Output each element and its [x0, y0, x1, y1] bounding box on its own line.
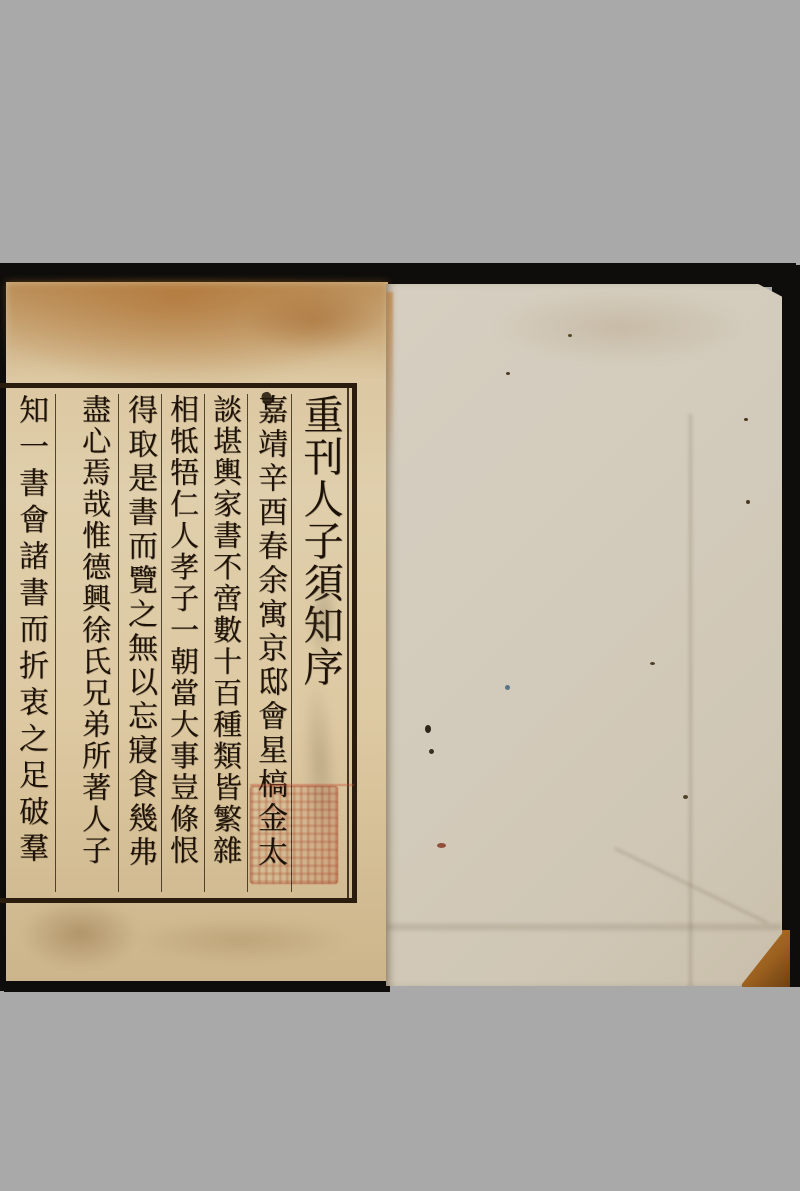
stain	[496, 292, 746, 362]
stain	[6, 282, 388, 390]
paper-speck	[505, 685, 510, 690]
paper-speck	[506, 372, 510, 375]
paper-crease	[386, 924, 782, 930]
text-column: 盡心焉哉惟德興徐氏兄弟所著人子須	[71, 394, 119, 892]
stain	[20, 898, 140, 970]
paper-speck	[568, 334, 572, 337]
paper-crease	[614, 847, 768, 924]
left-page: 重刊人子須知序 嘉靖辛酉春余寓京邸會星槁金太史 談堪輿家書不啻數十百種類皆繁雜互…	[6, 282, 388, 981]
paper-speck	[429, 749, 434, 754]
text-column: 相牴牾仁人孝子一朝當大事豈條恨之	[161, 394, 205, 892]
stain	[246, 288, 386, 354]
paper-speck	[437, 843, 446, 848]
paper-crease	[689, 414, 692, 1054]
right-page-blank	[386, 284, 782, 986]
spine-edge	[386, 292, 393, 462]
stain	[136, 918, 346, 962]
text-column: 談堪輿家書不啻數十百種類皆繁雜互	[204, 394, 248, 892]
paper-speck	[746, 500, 750, 504]
paper-speck	[683, 795, 688, 799]
paper-speck	[650, 662, 655, 665]
text-column: 得取是書而覽之無以忘寢食幾弗克	[118, 394, 162, 892]
text-column: 知一書會諸書而折衷之足破羣疑	[5, 394, 56, 892]
book-scan: 重刊人子須知序 嘉靖辛酉春余寓京邸會星槁金太史 談堪輿家書不啻數十百種類皆繁雜互…	[0, 0, 800, 1191]
paper-speck	[744, 418, 748, 421]
paper-speck	[425, 725, 431, 733]
collector-seal	[250, 786, 338, 884]
